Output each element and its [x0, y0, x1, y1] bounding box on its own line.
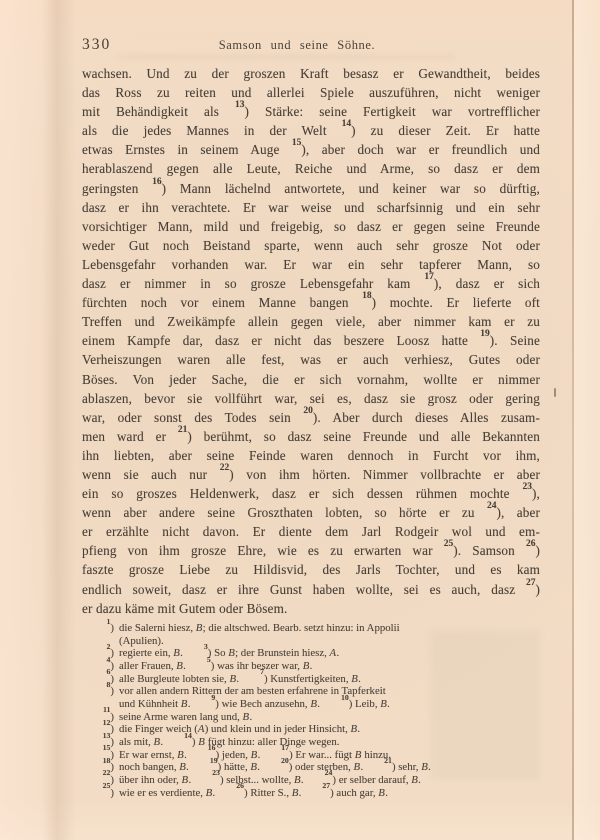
- footnote-number: 12): [88, 723, 114, 736]
- footnote-line: und Kühnheit B.9) wie Bech anzusehn, B.1…: [88, 698, 540, 711]
- footnote-line: 25)wie er es verdiente, B.26) Ritter S.,…: [88, 787, 540, 800]
- body-text-line: faszte grosze Liebe zu Hildisvid, des Ja…: [82, 560, 540, 579]
- footnote-text: 23) selbst... wollte, B.: [212, 774, 303, 787]
- body-text-line: etwas Ernstes in seinem Auge 15), aber d…: [82, 140, 540, 159]
- body-text-line: men ward er 21) berühmt, so dasz seine F…: [82, 427, 540, 446]
- footnote-text: 21) sehr, B.: [384, 761, 431, 774]
- body-text-line: fürchten noch vor einem Manne bangen 18)…: [82, 293, 540, 312]
- body-text-line: pfieng von ihm grosze Ehre, wie es zu er…: [82, 541, 540, 560]
- footnote-number: 18): [88, 761, 114, 774]
- footnotes-block: 1)die Salerni hiesz, B; die altschwed. B…: [88, 622, 540, 799]
- running-title: Samson und seine Söhne.: [68, 38, 526, 53]
- footnote-line: 4)aller Frauen, B.5) was ihr beszer war,…: [88, 660, 540, 673]
- body-text-line: herablaszend gegen alle Leute, Reiche un…: [82, 159, 540, 178]
- page-right-edge: [574, 0, 600, 840]
- margin-tick-mark: [554, 388, 556, 397]
- footnote-line: 15)Er war ernst, B.16) jeden, B.17) Er w…: [88, 749, 540, 762]
- body-text-line: Verheiszungen waren alle fest, was er au…: [82, 350, 540, 369]
- body-text-line: Böses. Von jeder Sache, die er sich vorn…: [82, 370, 540, 389]
- body-text-line: ihn liebten, aber seine Feinde waren den…: [82, 446, 540, 465]
- body-text-line: dasz er ihn verachtete. Er war weise und…: [82, 198, 540, 217]
- footnote-text: als mit, B.: [119, 736, 163, 749]
- body-text: wachsen. Und zu der groszen Kraft besasz…: [82, 64, 540, 618]
- footnote-number: 11): [88, 711, 114, 724]
- footnote-line: 6)alle Burgleute lobten sie, B.7) Kunstf…: [88, 673, 540, 686]
- body-text-line: das Ross zu reiten und allerlei Spiele a…: [82, 83, 540, 102]
- footnote-text: wie er es verdiente, B.: [119, 787, 215, 800]
- footnote-line: 8)vor allen andern Rittern der am besten…: [88, 685, 540, 698]
- footnote-text: 7) Kunstfertigkeiten, B.: [260, 673, 361, 686]
- footnote-text: 24) er selber darauf, B.: [325, 774, 421, 787]
- body-text-line: war, oder sonst des Todes sein 20). Aber…: [82, 408, 540, 427]
- footnote-text: (Apulien).: [119, 635, 164, 648]
- footnote-line: 2)regierte ein, B.3) So B; der Brunstein…: [88, 647, 540, 660]
- body-text-line: ein so groszes Heldenwerk, dasz er sich …: [82, 484, 540, 503]
- footnote-text: 17) Er war... fügt B hinzu.: [281, 749, 391, 762]
- body-text-line: er dazu käme mit Gutem oder Bösem.: [82, 599, 540, 618]
- footnote-text: über ihn oder, B.: [119, 774, 191, 787]
- footnote-text: aller Frauen, B.: [119, 660, 186, 673]
- footnote-text: alle Burgleute lobten sie, B.: [119, 673, 239, 686]
- body-text-line: Treffen und Zweikämpfe allein gegen viel…: [82, 312, 540, 331]
- footnote-line: 12)die Finger weich (A) und klein und in…: [88, 723, 540, 736]
- footnote-text: 27) auch gar, B.: [322, 787, 388, 800]
- body-text-line: wachsen. Und zu der groszen Kraft besasz…: [82, 64, 540, 83]
- footnote-text: 10) Leib, B.: [341, 698, 390, 711]
- footnote-text: und Kühnheit B.: [119, 698, 190, 711]
- footnote-line: 22)über ihn oder, B.23) selbst... wollte…: [88, 774, 540, 787]
- footnote-text: noch bangen, B.: [119, 761, 189, 774]
- footnote-number: 6): [88, 673, 114, 686]
- footnote-number: 25): [88, 787, 114, 800]
- body-text-line: dasz er nimmer in so grosze Lebensgefahr…: [82, 274, 540, 293]
- body-text-line: endlich soweit, dasz er ihre Gunst haben…: [82, 580, 540, 599]
- body-text-line: er erzählte nicht davon. Er diente dem J…: [82, 522, 540, 541]
- body-text-line: wenn sie auch nur 22) von ihm hörten. Ni…: [82, 465, 540, 484]
- body-text-line: ablaszen, bevor sie vollführt war, sei e…: [82, 389, 540, 408]
- body-text-line: weder Gut noch Beistand sparte, wenn auc…: [82, 236, 540, 255]
- footnote-number: 15): [88, 749, 114, 762]
- footnote-text: Er war ernst, B.: [119, 749, 187, 762]
- footnote-line: (Apulien).: [88, 635, 540, 648]
- body-text-line: wenn aber andere seine Groszthaten lobte…: [82, 503, 540, 522]
- footnote-number: 2): [88, 647, 114, 660]
- book-page-scan: 330 Samson und seine Söhne. wachsen. Und…: [0, 0, 600, 840]
- footnote-text: seine Arme waren lang und, B.: [119, 711, 252, 724]
- body-text-line: mit Behändigkeit als 13) Stärke: seine F…: [82, 102, 540, 121]
- body-text-line: einem Kampfe dar, dasz er nicht das besz…: [82, 331, 540, 350]
- footnote-text: 3) So B; der Brunstein hiesz, A.: [204, 647, 339, 660]
- footnote-line: 1)die Salerni hiesz, B; die altschwed. B…: [88, 622, 540, 635]
- footnote-number: 13): [88, 736, 114, 749]
- body-text-line: Lebensgefahr vorhanden war. Er war ein s…: [82, 255, 540, 274]
- body-text-line: vorsichtiger Mann, mild und freigebig, s…: [82, 217, 540, 236]
- footnote-number: 8): [88, 685, 114, 698]
- footnote-number: 1): [88, 622, 114, 635]
- footnote-text: regierte ein, B.: [119, 647, 183, 660]
- footnote-text: die Salerni hiesz, B; die altschwed. Bea…: [119, 622, 400, 635]
- body-text-line: als die jedes Mannes in der Welt 14) zu …: [82, 121, 540, 140]
- footnote-text: 20) oder sterben, B.: [281, 761, 363, 774]
- page-left-edge-shadow: [0, 0, 78, 840]
- footnote-line: 11)seine Arme waren lang und, B.: [88, 711, 540, 724]
- footnote-line: 18)noch bangen, B.19) hätte, B.20) oder …: [88, 761, 540, 774]
- page-header: 330 Samson und seine Söhne.: [82, 36, 540, 56]
- body-text-line: geringsten 16) Mann lächelnd antwortete,…: [82, 179, 540, 198]
- footnote-number: 4): [88, 660, 114, 673]
- header-ink-smudge: [118, 56, 454, 58]
- footnote-number: 22): [88, 774, 114, 787]
- footnote-text: 26) Ritter S., B.: [236, 787, 301, 800]
- footnote-text: 9) wie Bech anzusehn, B.: [211, 698, 320, 711]
- footnote-line: 13)als mit, B.14) B fügt hinzu: aller Di…: [88, 736, 540, 749]
- footnote-text: die Finger weich (A) und klein und in je…: [119, 723, 360, 736]
